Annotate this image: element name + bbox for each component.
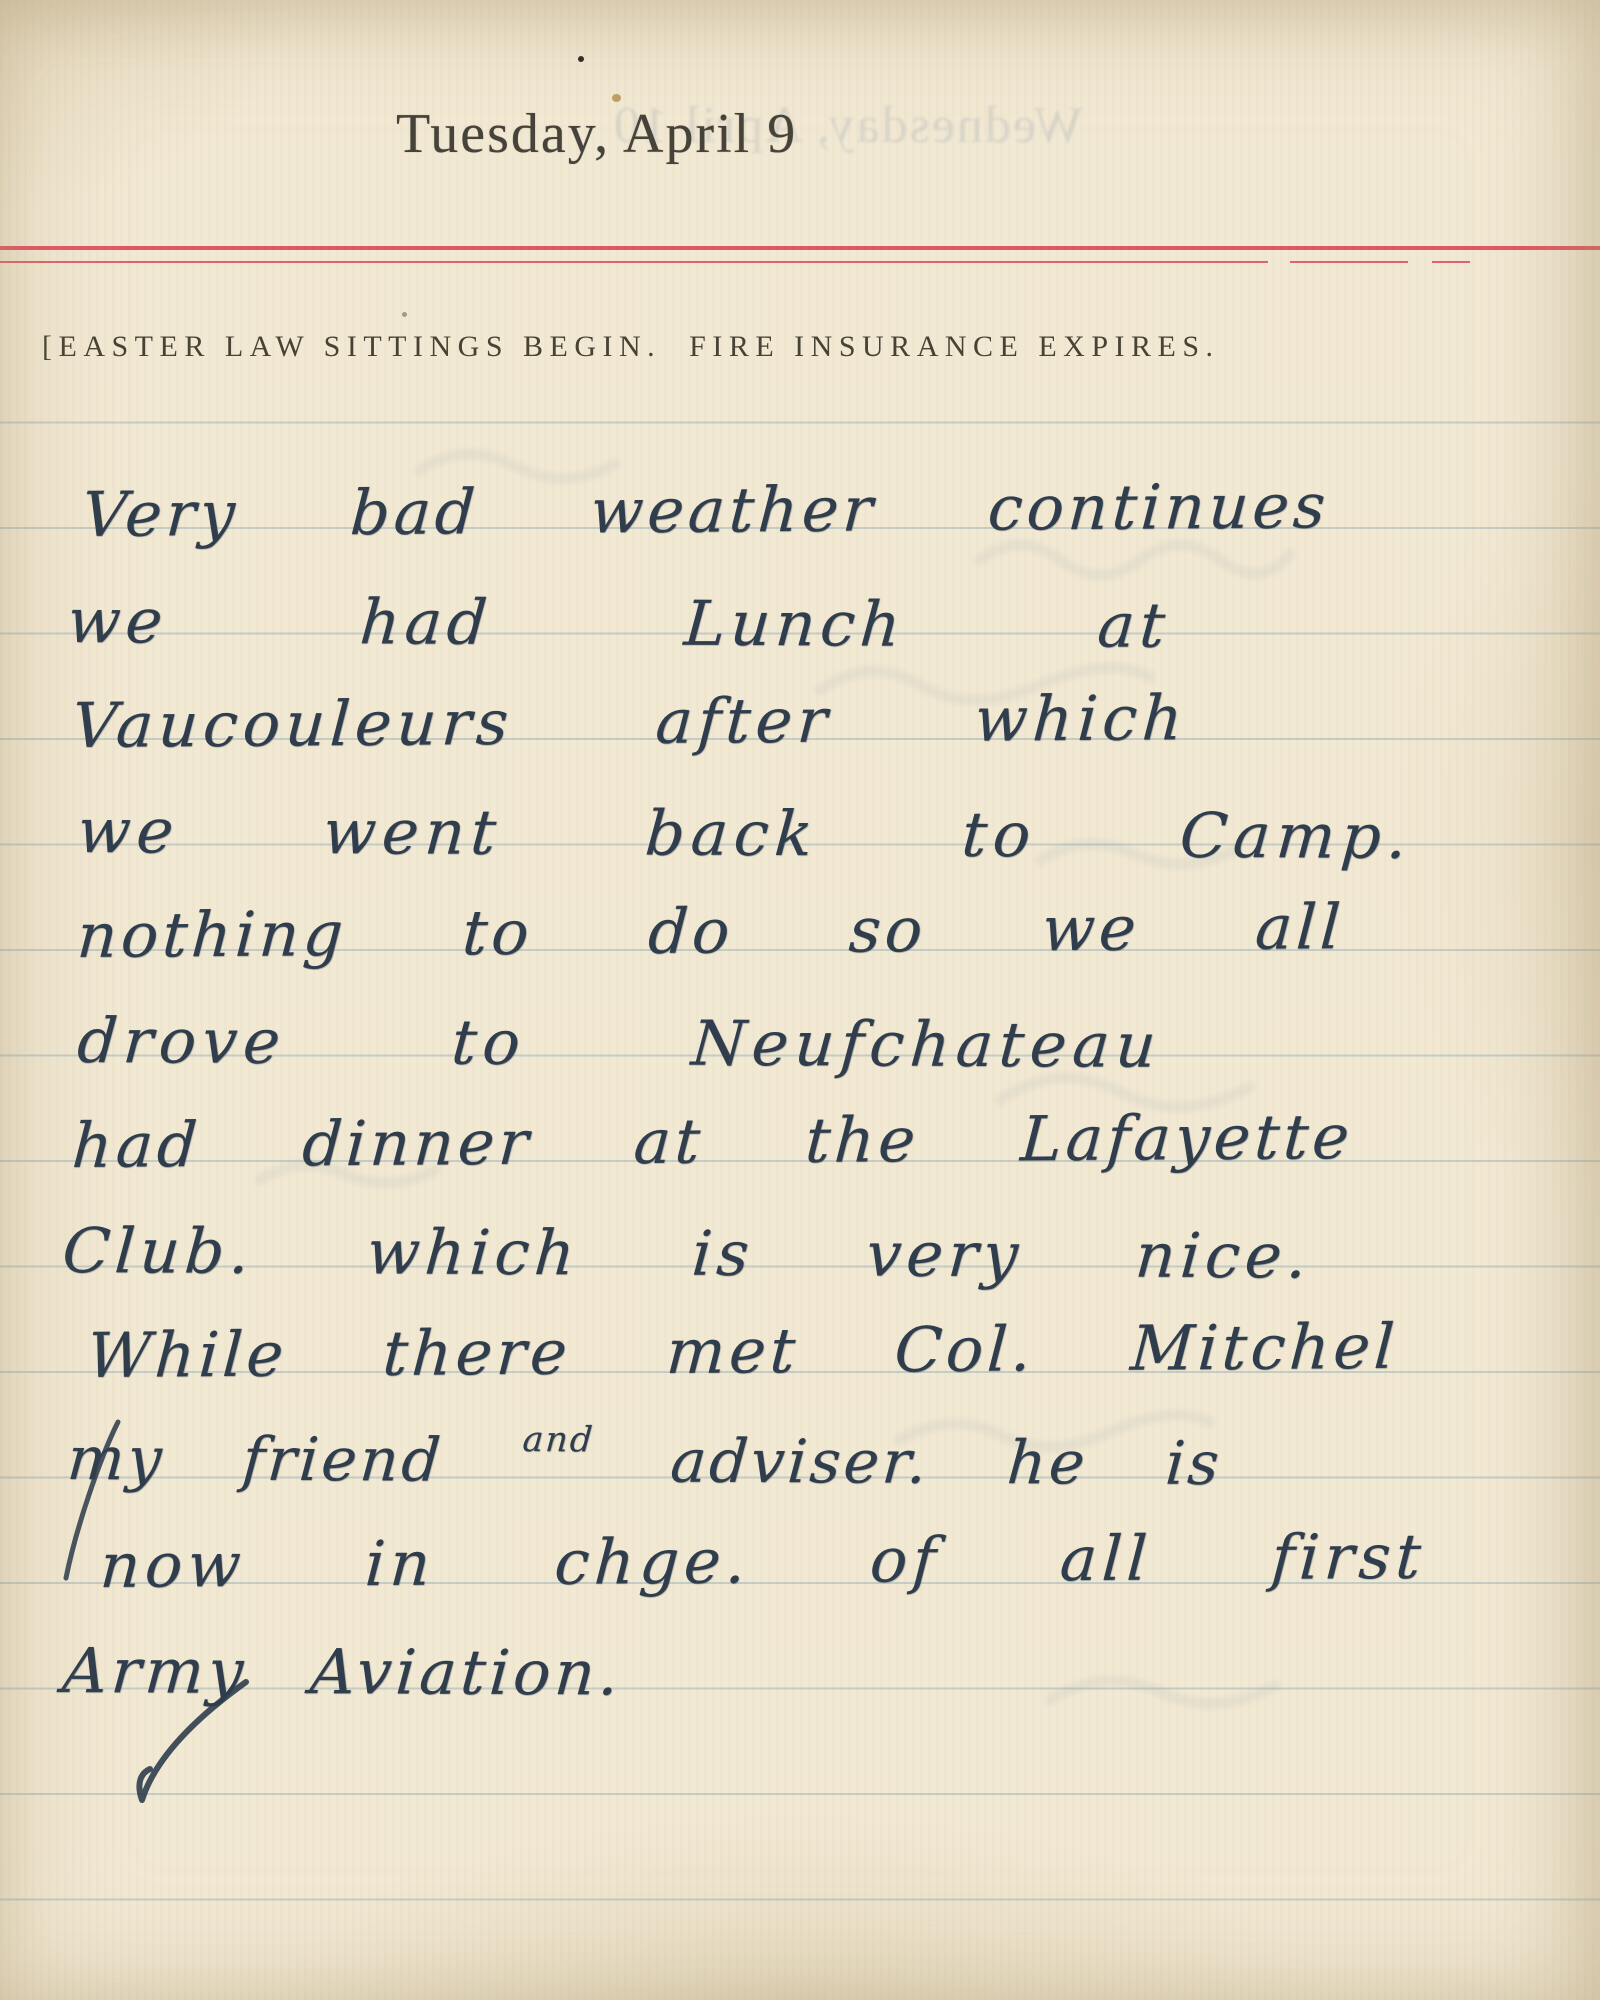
inserted-word: and <box>521 1420 595 1460</box>
diary-page: Wednesday, April 10 Tuesday, April 9 [EA… <box>0 0 1600 2000</box>
handwriting-line-8: Club. which is very nice. <box>60 1214 1314 1292</box>
handwriting-line-4: we went back to Camp. <box>75 794 1415 873</box>
handwriting-line-10: my friend and adviser. he is <box>65 1424 1224 1499</box>
paper-fleck <box>612 94 621 102</box>
handwriting-line-2: we had Lunch at <box>65 584 1172 662</box>
paper-fleck <box>402 312 407 317</box>
red-rule-bottom <box>0 261 1470 263</box>
red-rule-top <box>0 246 1600 250</box>
handwriting-line-10-post: adviser. he is <box>668 1427 1224 1499</box>
page-title: Tuesday, April 9 <box>396 102 797 166</box>
printed-almanac-note: [EASTER LAW SITTINGS BEGIN. FIRE INSURAN… <box>42 330 1220 364</box>
handwriting-line-10-pre: my friend <box>65 1424 446 1496</box>
handwriting-line-9: While there met Col. Mitchel <box>85 1310 1400 1392</box>
handwriting-line-3: Vaucouleurs after which <box>70 681 1189 762</box>
handwriting-line-7: had dinner at the Lafayette <box>70 1100 1355 1182</box>
ink-speck <box>578 56 584 62</box>
handwriting-line-11: now in chge. of all first <box>98 1520 1428 1602</box>
handwriting-line-6: drove to Neufchateau <box>75 1004 1164 1082</box>
handwriting-line-1: Very bad weather continues <box>80 469 1331 551</box>
handwriting-line-12: Army Aviation. <box>60 1634 625 1709</box>
handwriting-line-5: nothing to do so we all <box>75 890 1346 972</box>
